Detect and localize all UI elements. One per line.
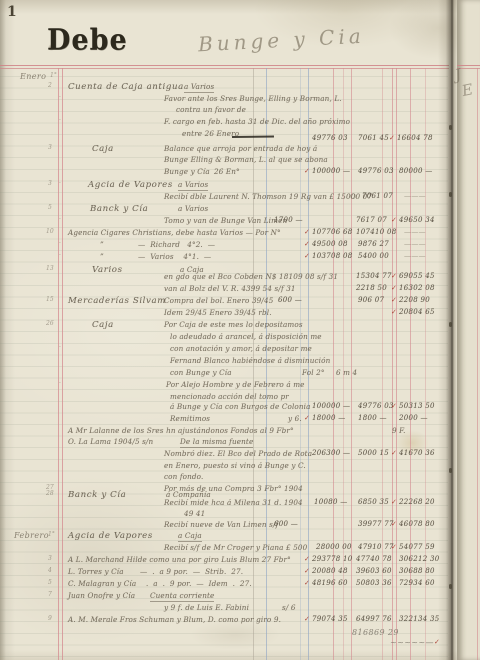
amount-value: 54077 59 [399,543,435,551]
amount-value: 906 07 [358,296,384,304]
amount-value: 39603 60 [356,567,392,575]
amount-value: 47910 77 [358,543,394,551]
entry-text: Idem 29/45 Enero 39/45 rbl. [164,308,272,317]
amount-value: 49776 03 [358,167,394,175]
day-number: 7 [48,591,52,598]
ledger-entries: Enero1°2Cuenta de Caja antiguaa Varios·F… [0,0,480,660]
entry-text: Por Caja de este mes lo depositamos [164,320,303,329]
check-mark-icon: ✓ [391,296,397,304]
entry-text: Remitimos [170,414,210,423]
entry-text: 49 41 [184,509,205,518]
amount-value: 293778 10 [312,555,353,563]
amount-value: 48196 60 [312,579,348,587]
day-number: 3 [48,144,52,151]
pencil-total: ~~~~~— [390,638,434,647]
entry-text: y 6. [288,414,302,423]
entry-text: F. cargo en feb. hasta 31 de Dic. del añ… [164,117,350,126]
account-name: Banck y Cía [90,204,148,214]
check-mark-icon: ✓ [304,228,310,236]
ditto-dashes: — — — [404,228,424,236]
check-mark-icon: ✓ [391,216,397,224]
ledger-line: Bunge y Cía26 En°✓100000 —49776 0380000 … [0,167,480,178]
amount-value: 39977 77 [358,520,394,528]
ledger-line: ·”— Richard 4°2. —✓49500 089876 27— — — [0,240,480,251]
ledger-line: Remitimosy 6.✓18000 —1800 —2000 — [0,414,480,425]
entry-text: C. Malagran y Cía [68,579,136,588]
ledger-line: E [0,82,480,93]
ditto-dashes: — — — [404,192,424,200]
check-mark-icon: ✓ [434,638,440,646]
entry-text: . a . 9 por. — Idem . 27. [146,579,252,588]
amount-value: 1700 — [274,216,303,224]
amount-value: 72934 60 [399,579,435,587]
entry-text: van al Bolz del V. R. 4399 54 s/f 31 [164,284,296,293]
entry-text: Por Alejo Hombre y de Febrero á me [166,380,305,389]
amount-value: 107706 68 [312,228,353,236]
amount-value: 20080 48 [312,567,348,575]
ledger-line: O. La Lama 1904/5 s/nDe la misma fuente [0,437,480,448]
amount-value: 20804 65 [399,308,435,316]
entry-text: — Varios 4°1. — [138,252,211,261]
day-number: · [59,240,61,247]
ledger-line: 3·Agcia de Vaporesa Varios [0,180,480,191]
amount-value: 80000 — [399,167,433,175]
entry-text: A L. Marchand Hilde como una por giro Lu… [68,555,291,564]
account-name: Caja [92,144,114,154]
amount-value: 28000 00 [316,543,352,551]
amount-value: 600 — [274,520,298,528]
check-mark-icon: ✓ [389,134,395,142]
entry-text: s/ 6 [282,603,296,612]
ledger-line: Fernand Blanco habiéndose á disminución [0,356,480,367]
check-mark-icon: ✓ [391,272,397,280]
entry-text: Fol 2° [302,368,325,377]
amount-value: 30688 80 [399,567,435,575]
check-mark-icon: ✓ [391,543,397,551]
ledger-line: 26CajaPor Caja de este mes lo depositamo… [0,320,480,331]
check-mark-icon: ✓ [304,240,310,248]
entry-text: ” [100,252,104,261]
check-mark-icon: ✓ [304,579,310,587]
entry-text: con Bunge y Cía [170,368,232,377]
account-name: Mercaderías Silvam [68,296,166,306]
amount-value: 9876 27 [358,240,389,248]
day-number: 5 [48,579,52,586]
entry-text: en Enero, puesto si vino á Bunge y C. [164,461,306,470]
amount-value: 49500 08 [312,240,348,248]
amount-value: 7061 07 [362,192,393,200]
ledger-line: 9A. M. Merale Fros Schuman y Blum, D. co… [0,615,480,626]
entry-text: mencionado acción del tomo pr [170,392,289,401]
entry-text: Compra del bol. Enero 39/45 [164,296,273,305]
check-mark-icon: ✓ [391,402,397,410]
entry-text: Nombró diez. El Bco del Prado de Rota [164,449,312,458]
day-number: · [59,344,61,351]
flourish-mark: E [460,80,474,100]
ledger-line: con Bunge y CíaFol 2°6 m 4 [0,368,480,379]
day-number: · [59,117,61,124]
ledger-line: ·con anotación y amor, á depositar me [0,344,480,355]
ledger-line: ·”— Varios 4°1. —✓103708 085400 00— — — [0,252,480,263]
day-number: · [59,216,61,223]
ledger-line: Febrero1°Agcia de Vaporesa Caja [0,531,480,542]
ledger-line: Idem 29/45 Enero 39/45 rbl.✓20804 65 [0,308,480,319]
entry-text: — Richard 4°2. — [138,240,215,249]
amount-value: 100000 — [312,402,350,410]
ledger-line: 5Banck y Cíaa Varios [0,204,480,215]
amount-value: 7617 07 [356,216,387,224]
day-number: · [59,180,61,187]
day-number: · [59,380,61,387]
entry-text: lo adeudado á arancel, á disposición me [170,332,322,341]
ledger-line: van al Bolz del V. R. 4399 54 s/f 312218… [0,284,480,295]
amount-value: 49650 34 [399,216,435,224]
amount-value: 49776 03 [312,134,348,142]
ledger-line: á Bunge y Cía con Burgos de Colonia10000… [0,402,480,413]
entry-text: Bunge Elling & Borman, L. al que se abon… [164,155,328,164]
ledger-line: 10Agencia Cigares Christians, debe hasta… [0,228,480,239]
ledger-line: 7Juan Onofre y CíaCuenta corriente [0,591,480,602]
ledger-line: 15Mercaderías SilvamCompra del bol. Ener… [0,296,480,307]
check-mark-icon: ✓ [304,414,310,422]
day-number: 13 [46,265,54,272]
amount-value: 50803 36 [356,579,392,587]
circle-mark: ○ [350,192,356,200]
ledger-line: 3CajaBalance que arroja por entrada de h… [0,144,480,155]
entry-text: — . a 9 por. — Strib. 27. [140,567,243,576]
amount-value: 600 — [278,296,302,304]
ledger-line: en gdo que el Bco Cobden N$ 18109 08 s/f… [0,272,480,283]
ledger-line: Recibí dble Laurent N. Thomson 19 Rg van… [0,192,480,203]
ledger-line: Bunge Elling & Borman, L. al que se abon… [0,155,480,166]
pencil-total: 816869 29 [352,628,399,637]
amount-value: 2000 — [399,414,428,422]
check-mark-icon: ✓ [391,520,397,528]
ledger-line: 4L. Torres y Cía— . a 9 por. — Strib. 27… [0,567,480,578]
amount-value: 206300 — [312,449,350,457]
amount-value: 50313 50 [399,402,435,410]
amount-value: 7061 45 [358,134,389,142]
entry-text: De la misma fuente [180,437,253,448]
ledger-line: Recibí mide hca á Milena 31 d. 190410080… [0,498,480,509]
ledger-line: 5C. Malagran y Cía. a . 9 por. — Idem . … [0,579,480,590]
check-mark-icon: ✓ [304,567,310,575]
amount-value: 2208 90 [399,296,430,304]
amount-value: 100000 — [312,167,350,175]
ledger-line: Recibí nueve de Van Limen s/f600 —39977 … [0,520,480,531]
account-name: Agcia de Vapores [88,180,173,190]
ledger-line: 3A L. Marchand Hilde como una por giro L… [0,555,480,566]
amount-value: 10080 — [314,498,348,506]
ledger-line: ·Por Alejo Hombre y de Febrero á me [0,380,480,391]
check-mark-icon: ✓ [304,252,310,260]
entry-text: a Caja [178,531,202,542]
entry-text: Recibí nueve de Van Limen s/f [164,520,278,529]
entry-text: a Varios [178,204,208,213]
amount-value: 49776 03 [358,402,394,410]
entry-text: Cuenta corriente [150,591,214,602]
ledger-line: en Enero, puesto si vino á Bunge y C. [0,461,480,472]
ledger-line: con fondo. [0,472,480,483]
month-label: Febrero [14,531,49,540]
ledger-line: ·F. cargo en feb. hasta 31 de Dic. del a… [0,117,480,128]
ledger-line: ·Favor ante los Sres Bunge, Elling y Bor… [0,94,480,105]
entry-text: a Varios [178,180,208,191]
entry-text: Recibí dble Laurent N. Thomson 19 Rg van… [164,192,372,201]
check-mark-icon: ✓ [304,615,310,623]
entry-text: con anotación y amor, á depositar me [170,344,312,353]
day-number: 28 [46,490,54,497]
check-mark-icon: ✓ [391,308,397,316]
check-mark-icon: ✓ [391,284,397,292]
entry-text: 9 F. [392,426,406,435]
amount-value: 1800 — [358,414,387,422]
ledger-line: contra un favor de [0,105,480,116]
amount-value: 6850 35 [358,498,389,506]
day-number: 26 [46,320,54,327]
check-mark-icon: ✓ [391,449,397,457]
account-name: Caja [92,320,114,330]
ledger-line: 49 41 [0,509,480,520]
day-number: 3 [48,555,52,562]
ledger-line: y 9 f. de Luis E. Fabinis/ 6 [0,603,480,614]
entry-text: Favor ante los Sres Bunge, Elling y Borm… [164,94,342,103]
amount-value: 5400 00 [358,252,389,260]
amount-value: 22268 20 [399,498,435,506]
entry-text: Bunge y Cía [164,167,210,176]
day-number: 3 [48,180,52,187]
ledger-line: lo adeudado á arancel, á disposición me [0,332,480,343]
day-number: 15 [46,296,54,303]
ledger-line: ~~~~~—✓ [0,638,480,649]
day-number: · [59,252,61,259]
amount-value: 18000 — [312,414,346,422]
entry-text: A. M. Merale Fros Schuman y Blum, D. com… [68,615,281,624]
entry-text: O. La Lama 1904/5 s/n [68,437,153,446]
day-number: 4 [48,567,52,574]
entry-text: 6 m 4 [336,368,357,377]
entry-text: Fernand Blanco habiéndose á disminución [170,356,330,365]
entry-text: con fondo. [164,472,203,481]
day-number: 9 [48,615,52,622]
amount-value: 46078 80 [399,520,435,528]
amount-value: 2218 50 [356,284,387,292]
amount-value: 47740 78 [356,555,392,563]
entry-text: Recibí mide hca á Milena 31 d. 1904 [164,498,303,507]
account-name: Agcia de Vapores [68,531,153,541]
amount-value: 306212 30 [399,555,440,563]
entry-text: Tomo y van de Bunge Van Limen [164,216,287,225]
entry-text: L. Torres y Cía [68,567,124,576]
ledger-line: Nombró diez. El Bco del Prado de Rota206… [0,449,480,460]
day-number: 10 [46,228,54,235]
check-mark-icon: ✓ [304,167,310,175]
amount-value: 69055 45 [399,272,435,280]
entry-text: y 9 f. de Luis E. Fabini [164,603,249,612]
check-mark-icon: ✓ [391,498,397,506]
ditto-dashes: — — — [404,252,424,260]
amount-value: 5000 15 [358,449,389,457]
day-number: · [59,94,61,101]
entry-text: contra un favor de [176,105,246,114]
amount-value: 16302 08 [399,284,435,292]
amount-value: 322134 35 [399,615,440,623]
entry-text: Agencia Cigares Christians, debe hasta V… [68,228,281,237]
amount-value: 41670 36 [399,449,435,457]
ditto-dashes: — — — [404,240,424,248]
amount-value: 107410 08 [356,228,397,236]
ledger-line: ·Tomo y van de Bunge Van Limen1700 —7617… [0,216,480,227]
amount-value: 64997 76 [356,615,392,623]
ledger-line: J [0,66,480,77]
entry-text: A Mr Lalanne de los Sres hn ajustándonos… [68,426,294,435]
ledger-page: 1 Debe Bunge y Cia Enero1°2Cuenta de Caj… [0,0,480,660]
entry-text: á Bunge y Cía con Burgos de Colonia [170,402,311,411]
entry-text: 26 En° [214,167,240,176]
entry-text: en gdo que el Bco Cobden N$ 18109 08 s/f… [164,272,338,281]
entry-text: ” [100,240,104,249]
day-number: 1° [48,531,55,538]
ledger-line: A Mr Lalanne de los Sres hn ajustándonos… [0,426,480,437]
day-number: 5 [48,204,52,211]
entry-text: Balance que arroja por entrada de hoy á [164,144,317,153]
entry-text: Recibí s/f de Mr Croger y Piana £ 500 [164,543,307,552]
ledger-line: Recibí s/f de Mr Croger y Piana £ 500280… [0,543,480,554]
amount-value: 16604 78 [397,134,433,142]
check-mark-icon: ✓ [304,555,310,563]
amount-value: 15304 77 [356,272,392,280]
entry-text: Juan Onofre y Cía [68,591,135,600]
amount-value: 103708 08 [312,252,353,260]
amount-value: 79074 35 [312,615,348,623]
